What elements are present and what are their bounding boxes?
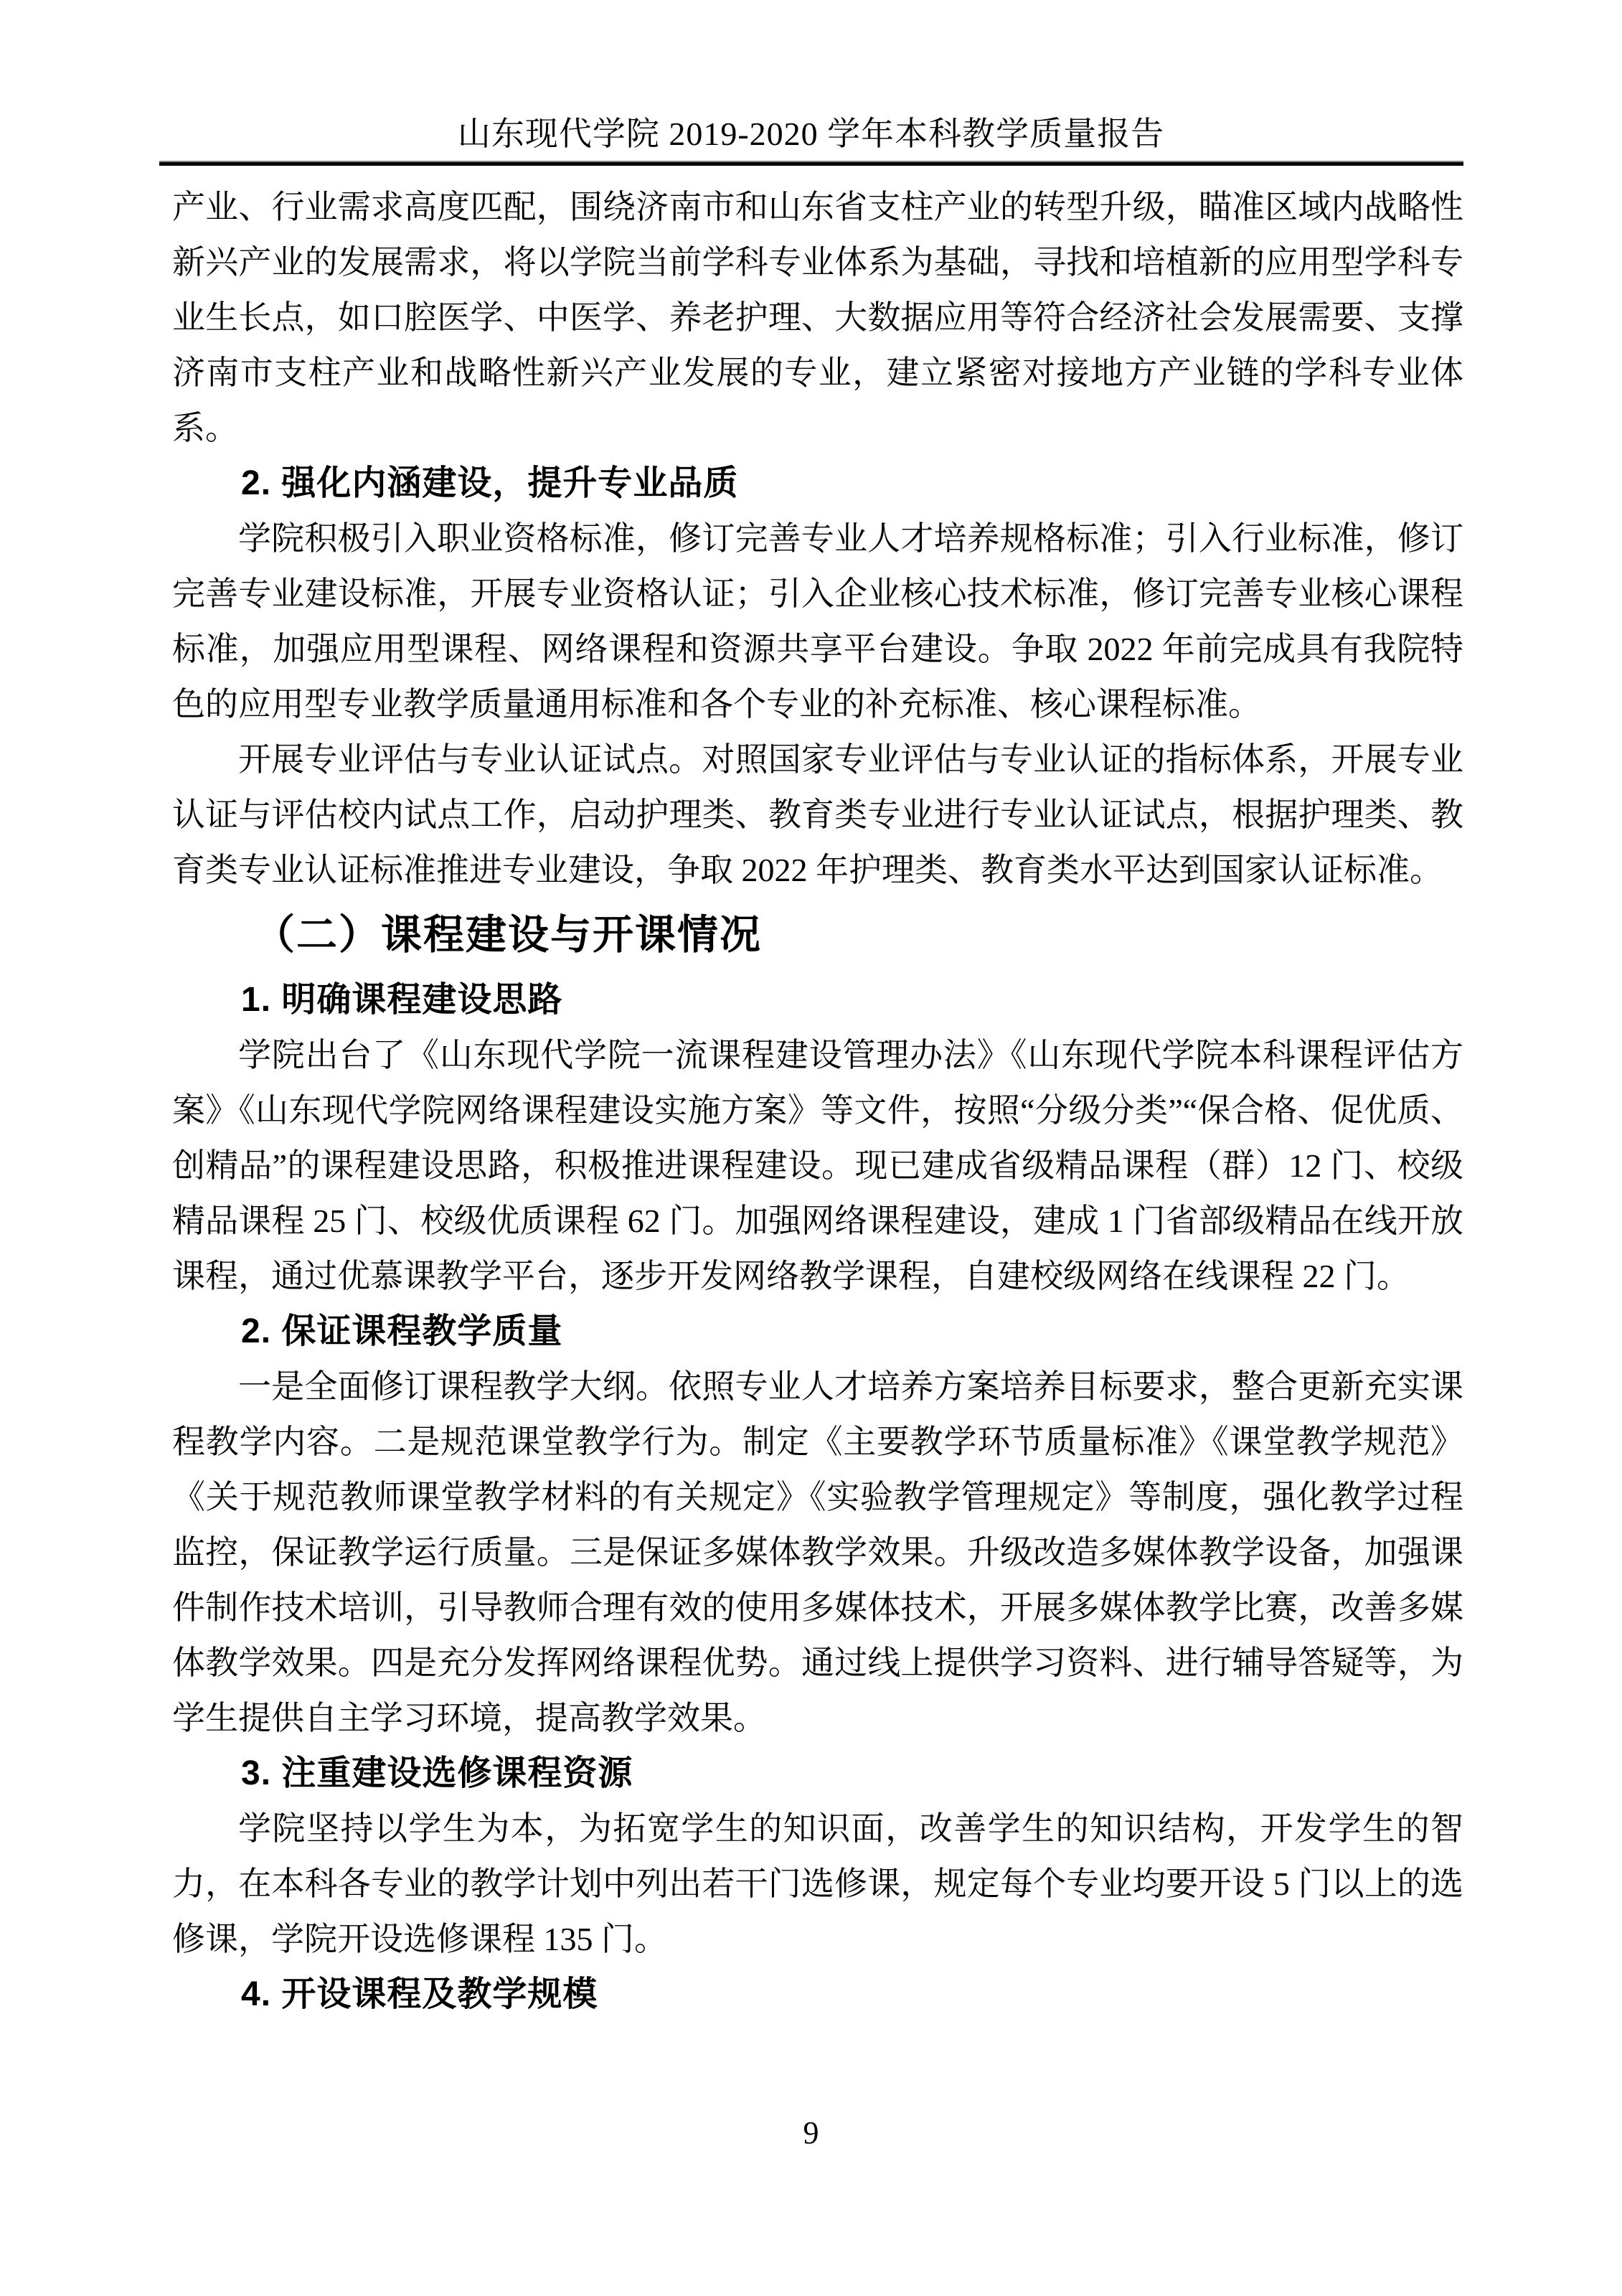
subsection-heading-2-teaching-quality: 2. 保证课程教学质量 — [172, 1304, 1463, 1359]
document-header-title: 山东现代学院 2019-2020 学年本科教学质量报告 — [0, 112, 1622, 156]
section-heading-course-construction: （二）课程建设与开课情况 — [172, 898, 1463, 972]
body-paragraph-teaching-measures: 一是全面修订课程教学大纲。依照专业人才培养方案培养目标要求，整合更新充实课程教学… — [172, 1359, 1463, 1746]
body-paragraph-electives: 学院坚持以学生为本，为拓宽学生的知识面，改善学生的知识结构，开发学生的智力，在本… — [172, 1801, 1463, 1967]
header-divider-rule — [159, 161, 1463, 166]
document-body: 产业、行业需求高度匹配，围绕济南市和山东省支柱产业的转型升级，瞄准区域内战略性新… — [172, 179, 1463, 2022]
body-paragraph-evaluation: 开展专业评估与专业认证试点。对照国家专业评估与专业认证的指标体系，开展专业认证与… — [172, 732, 1463, 898]
subsection-heading-3-elective-resources: 3. 注重建设选修课程资源 — [172, 1746, 1463, 1801]
subsection-heading-4-teaching-scale: 4. 开设课程及教学规模 — [172, 1967, 1463, 2022]
subsection-heading-1-course-ideas: 1. 明确课程建设思路 — [172, 972, 1463, 1027]
body-paragraph-standards: 学院积极引入职业资格标准，修订完善专业人才培养规格标准；引入行业标准，修订完善专… — [172, 511, 1463, 732]
subsection-heading-2-professional-quality: 2. 强化内涵建设，提升专业品质 — [172, 456, 1463, 511]
document-page: 山东现代学院 2019-2020 学年本科教学质量报告 产业、行业需求高度匹配，… — [0, 0, 1622, 2296]
body-paragraph-continuation: 产业、行业需求高度匹配，围绕济南市和山东省支柱产业的转型升级，瞄准区域内战略性新… — [172, 179, 1463, 456]
body-paragraph-course-documents: 学院出台了《山东现代学院一流课程建设管理办法》《山东现代学院本科课程评估方案》《… — [172, 1027, 1463, 1304]
page-number: 9 — [0, 2111, 1622, 2155]
